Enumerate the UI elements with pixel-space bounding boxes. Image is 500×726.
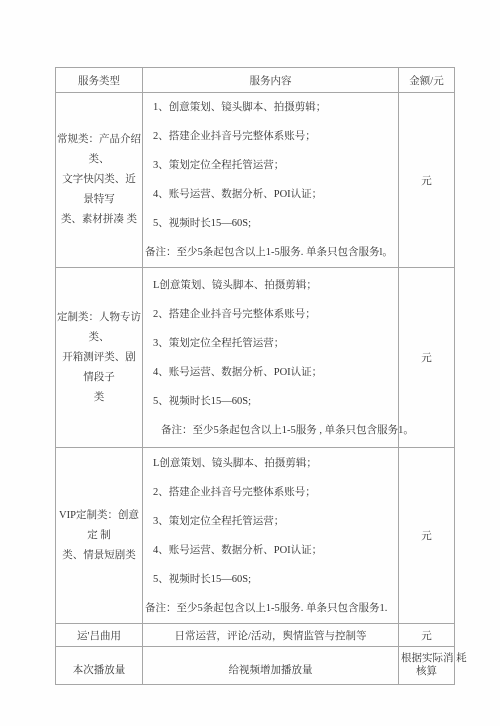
service-item: L创意策划、镜头脚本、拍摄剪辑；	[143, 271, 398, 300]
service-type-regular: 常规类：产品介绍 类、 文字快闪类、近 景特写 类、素材拼凑 类	[56, 93, 143, 268]
service-type-operating-fee: 运'吕曲用	[56, 624, 143, 647]
type-line: 文字快闪类、近 景特写	[56, 170, 142, 210]
type-line: 定制类：人物专访 类、	[56, 308, 142, 348]
type-line: 常规类：产品介绍 类、	[56, 130, 142, 170]
service-item: 3、策划定位全程托管运营；	[143, 329, 398, 358]
amount-value: 根据实际消 耗 核算	[399, 647, 455, 685]
service-type-vip: VIP定制类：创意定 制 类、情景短剧类	[56, 448, 143, 624]
amount-value: 元	[399, 93, 455, 268]
type-line: 开箱测评类、剧 情段子	[56, 348, 142, 388]
service-item: 2、搭建企业抖音号完整体系账号；	[143, 478, 398, 507]
service-content-playback: 给视频增加播放量	[143, 647, 399, 685]
content-lines: L创意策划、镜头脚本、拍摄剪辑； 2、搭建企业抖音号完整体系账号； 3、策划定位…	[143, 268, 398, 447]
service-note: 备注：至少5条起包含以上1-5服务. 单条只包含服务l。	[143, 238, 398, 267]
table-row-operating-fee: 运'吕曲用 日常运营，评论/活动，舆情监管与控制等 元	[56, 624, 455, 647]
type-line: 类、素材拼凑 类	[56, 210, 142, 230]
amount-value: 元	[399, 624, 455, 647]
service-item: 1、创意策划、镜头脚本、拍摄剪辑；	[143, 93, 398, 122]
service-type-playback: 本次播放量	[56, 647, 143, 685]
service-pricing-table: 服务类型 服务内容 金额/元 常规类：产品介绍 类、 文字快闪类、近 景特写 类…	[55, 67, 455, 685]
table-row-custom: 定制类：人物专访 类、 开箱测评类、剧 情段子 类 L创意策划、镜头脚本、拍摄剪…	[56, 268, 455, 448]
content-lines: L创意策划、镜头脚本、拍摄剪辑； 2、搭建企业抖音号完整体系账号； 3、策划定位…	[143, 448, 398, 623]
service-type-custom: 定制类：人物专访 类、 开箱测评类、剧 情段子 类	[56, 268, 143, 448]
amount-line: 核算	[399, 665, 454, 679]
service-item: 5、视频时长15—60S;	[143, 565, 398, 594]
type-line: 类	[56, 388, 142, 408]
service-content-custom: L创意策划、镜头脚本、拍摄剪辑； 2、搭建企业抖音号完整体系账号； 3、策划定位…	[143, 268, 399, 448]
header-amount: 金额/元	[399, 68, 455, 93]
service-item: L创意策划、镜头脚本、拍摄剪辑；	[143, 449, 398, 478]
service-item: 3、策划定位全程托管运营；	[143, 507, 398, 536]
service-item: 5、视频时长15—60S;	[143, 209, 398, 238]
service-note: 备注：至少5条起包含以上1-5服务 , 单条只包含服务1。	[143, 416, 398, 445]
service-content-vip: L创意策划、镜头脚本、拍摄剪辑； 2、搭建企业抖音号完整体系账号； 3、策划定位…	[143, 448, 399, 624]
service-item: 3、策划定位全程托管运营；	[143, 151, 398, 180]
service-item: 2、搭建企业抖音号完整体系账号；	[143, 122, 398, 151]
table-row-playback-volume: 本次播放量 给视频增加播放量 根据实际消 耗 核算	[56, 647, 455, 685]
service-item: 2、搭建企业抖音号完整体系账号；	[143, 300, 398, 329]
service-content-operating-fee: 日常运营，评论/活动，舆情监管与控制等	[143, 624, 399, 647]
type-line: 类、情景短剧类	[56, 546, 142, 566]
header-service-type: 服务类型	[56, 68, 143, 93]
service-item: 4、账号运营、数据分析、POI认证；	[143, 536, 398, 565]
type-line: VIP定制类：创意定 制	[56, 506, 142, 546]
amount-line: 根据实际消 耗	[399, 652, 454, 665]
service-note: 备注：至少5条起包含以上1-5服务. 单条只包含服务1.	[143, 594, 398, 623]
table-header-row: 服务类型 服务内容 金额/元	[56, 68, 455, 93]
content-lines: 1、创意策划、镜头脚本、拍摄剪辑； 2、搭建企业抖音号完整体系账号； 3、策划定…	[143, 93, 398, 267]
table-row-vip-custom: VIP定制类：创意定 制 类、情景短剧类 L创意策划、镜头脚本、拍摄剪辑； 2、…	[56, 448, 455, 624]
service-item: 5、视频时长15—60S;	[143, 387, 398, 416]
table-row-regular: 常规类：产品介绍 类、 文字快闪类、近 景特写 类、素材拼凑 类 1、创意策划、…	[56, 93, 455, 268]
amount-value: 元	[399, 448, 455, 624]
document-page: 服务类型 服务内容 金额/元 常规类：产品介绍 类、 文字快闪类、近 景特写 类…	[0, 0, 500, 726]
service-item: 4、账号运营、数据分析、POI认证；	[143, 358, 398, 387]
service-content-regular: 1、创意策划、镜头脚本、拍摄剪辑； 2、搭建企业抖音号完整体系账号； 3、策划定…	[143, 93, 399, 268]
service-item: 4、账号运营、数据分析、POI认证；	[143, 180, 398, 209]
header-service-content: 服务内容	[143, 68, 399, 93]
